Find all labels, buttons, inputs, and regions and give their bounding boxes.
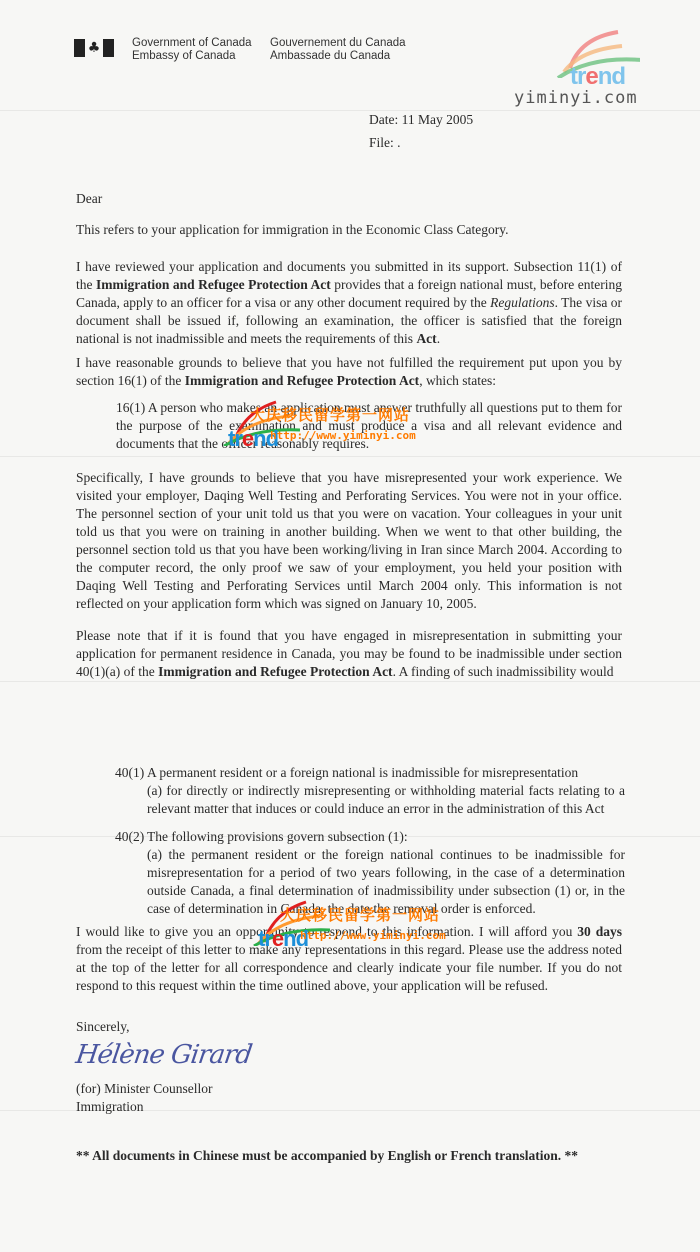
letterhead: ♣ Government of Canada Embassy of Canada… (74, 37, 406, 63)
paper-crease (0, 681, 700, 682)
signature: Hélène Girard (74, 1040, 253, 1070)
file-number: File: . (369, 131, 473, 154)
quote-section-16-1: 16(1) A person who makes an application … (116, 399, 622, 453)
section-number: 40(1) (115, 764, 144, 782)
letterhead-english: Government of Canada Embassy of Canada (132, 37, 270, 63)
deadline-days: 30 days (577, 924, 622, 939)
section-40-1: 40(1) A permanent resident or a foreign … (115, 764, 625, 818)
paragraph-intro: This refers to your application for immi… (76, 221, 622, 239)
gov-name-en: Government of Canada (132, 37, 270, 50)
signer-title: (for) Minister Counsellor (76, 1080, 622, 1098)
letter-page: ♣ Government of Canada Embassy of Canada… (0, 0, 700, 1252)
watermark-site: yiminyi.com (514, 88, 638, 108)
paragraph-grounds: I have reasonable grounds to believe tha… (76, 354, 622, 390)
letter-meta: Date: 11 May 2005 File: . (369, 108, 473, 154)
paragraph-response-deadline: I would like to give you an opportunity … (76, 923, 622, 995)
paragraph-specifics: Specifically, I have grounds to believe … (76, 469, 622, 613)
watermark-trend-text: trend (570, 63, 625, 91)
act-name: Immigration and Refugee Protection Act (158, 664, 392, 679)
paragraph-review: I have reviewed your application and doc… (76, 258, 622, 348)
paper-crease (0, 110, 700, 111)
section-40-2: 40(2) The following provisions govern su… (115, 828, 625, 918)
closing: Sincerely, (76, 1018, 622, 1036)
paper-crease (0, 456, 700, 457)
watermark-logo-top: trend yiminyi.com (512, 28, 682, 110)
canada-flag-icon: ♣ (74, 39, 114, 57)
letter-date: Date: 11 May 2005 (369, 108, 473, 131)
gov-name-fr: Gouvernement du Canada (270, 37, 406, 50)
letterhead-french: Gouvernement du Canada Ambassade du Cana… (270, 37, 406, 63)
salutation: Dear (76, 190, 622, 208)
translation-note: ** All documents in Chinese must be acco… (76, 1148, 636, 1164)
act-name: Immigration and Refugee Protection Act (96, 277, 331, 292)
section-number: 40(2) (115, 828, 144, 846)
signer-department: Immigration (76, 1098, 622, 1116)
paragraph-misrepresentation-notice: Please note that if it is found that you… (76, 627, 622, 681)
act-name: Immigration and Refugee Protection Act (185, 373, 419, 388)
embassy-name-fr: Ambassade du Canada (270, 50, 406, 63)
embassy-name-en: Embassy of Canada (132, 50, 270, 63)
